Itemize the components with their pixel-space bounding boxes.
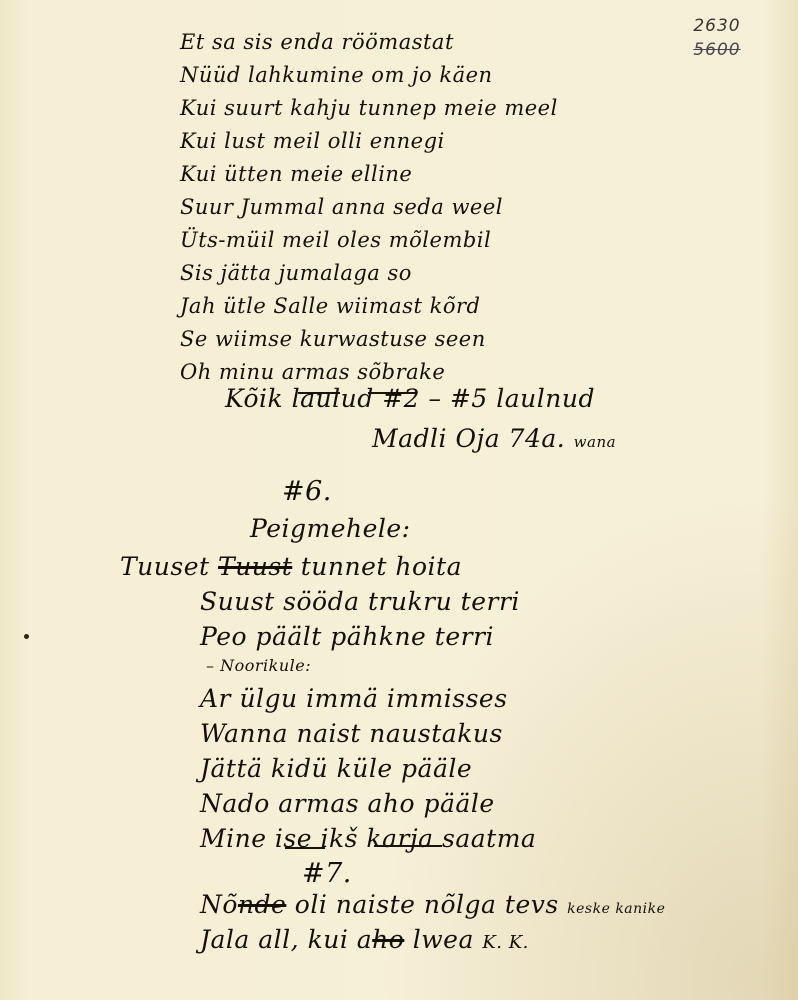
- verse-line: Suust sööda trukru terri: [200, 587, 520, 616]
- archive-number-struck: 5600: [672, 40, 762, 60]
- verse-line: Kui ütten meie elline: [180, 162, 412, 186]
- initials: K. K.: [482, 932, 529, 953]
- verse-line: Jah ütle Salle wiimast kõrd: [180, 294, 480, 318]
- verse-line: Kui lust meil olli ennegi: [180, 129, 445, 153]
- verse-line: Et sa sis enda röömastat: [180, 30, 454, 54]
- singer-age-suffix: wana: [574, 433, 616, 451]
- song7-line-2: Jala all, kui aho lwea K. K.: [200, 925, 529, 954]
- song6-subtitle-groom: Peigmehele:: [250, 514, 411, 543]
- verse-line: Üts-müil meil oles mõlembil: [180, 228, 491, 252]
- ink-spot: [24, 634, 29, 639]
- verse-line: Se wiimse kurwastuse seen: [180, 327, 486, 351]
- verse-line: Suur Jummal anna seda weel: [180, 195, 503, 219]
- verse-line: Oh minu armas sõbrake: [180, 360, 445, 384]
- verse-line: Mine ise ikš karja saatma: [200, 824, 536, 853]
- archive-number-block: 2630 5600: [672, 16, 762, 60]
- verse-line: Peo päält pähkne terri: [200, 622, 494, 651]
- line-rest: lwea: [413, 925, 474, 954]
- verse-line: Sis jätta jumalaga so: [180, 261, 412, 285]
- first-line-prefix: Tuuset: [120, 552, 210, 581]
- separator-rule: [285, 847, 325, 849]
- archive-number: 2630: [672, 16, 762, 36]
- struck-letters: ho: [372, 925, 404, 954]
- song-number-6: #6.: [282, 476, 332, 507]
- line-rest: oli naiste nõlga tevs: [295, 890, 559, 919]
- verse-line: Nado armas aho pääle: [200, 789, 495, 818]
- song-number-7: #7.: [302, 858, 352, 889]
- verse-line: Wanna naist naustakus: [200, 719, 503, 748]
- first-line-rest: tunnet hoita: [301, 552, 462, 581]
- attribution-line: Kõik laulud #2 – #5 laulnud: [225, 384, 595, 413]
- verse-line: Nüüd lahkumine om jo käen: [180, 63, 493, 87]
- verse-line: Jättä kidü küle pääle: [200, 754, 472, 783]
- singer-name: Madli Oja 74a. wana: [372, 424, 616, 453]
- verse-line: Ar ülgu immä immisses: [200, 684, 508, 713]
- struck-letters: nde: [238, 890, 286, 919]
- separator-rule: [374, 845, 442, 847]
- song6-first-line: Tuuset Tuust tunnet hoita: [120, 552, 462, 581]
- line-start: Nõ: [200, 890, 238, 919]
- singer-name-age: Madli Oja 74a.: [372, 424, 565, 453]
- struck-word: Tuust: [218, 552, 292, 581]
- song6-subtitle-bride: – Noorikule:: [206, 656, 311, 675]
- song7-line-1: Nõnde oli naiste nõlga tevs keske kanike: [200, 890, 665, 919]
- manuscript-page: 2630 5600 Et sa sis enda röömastat Nüüd …: [0, 0, 798, 1000]
- verse-line: Kui suurt kahju tunnep meie meel: [180, 96, 558, 120]
- line-start: Jala all, kui a: [200, 925, 372, 954]
- margin-note: keske kanike: [567, 901, 665, 917]
